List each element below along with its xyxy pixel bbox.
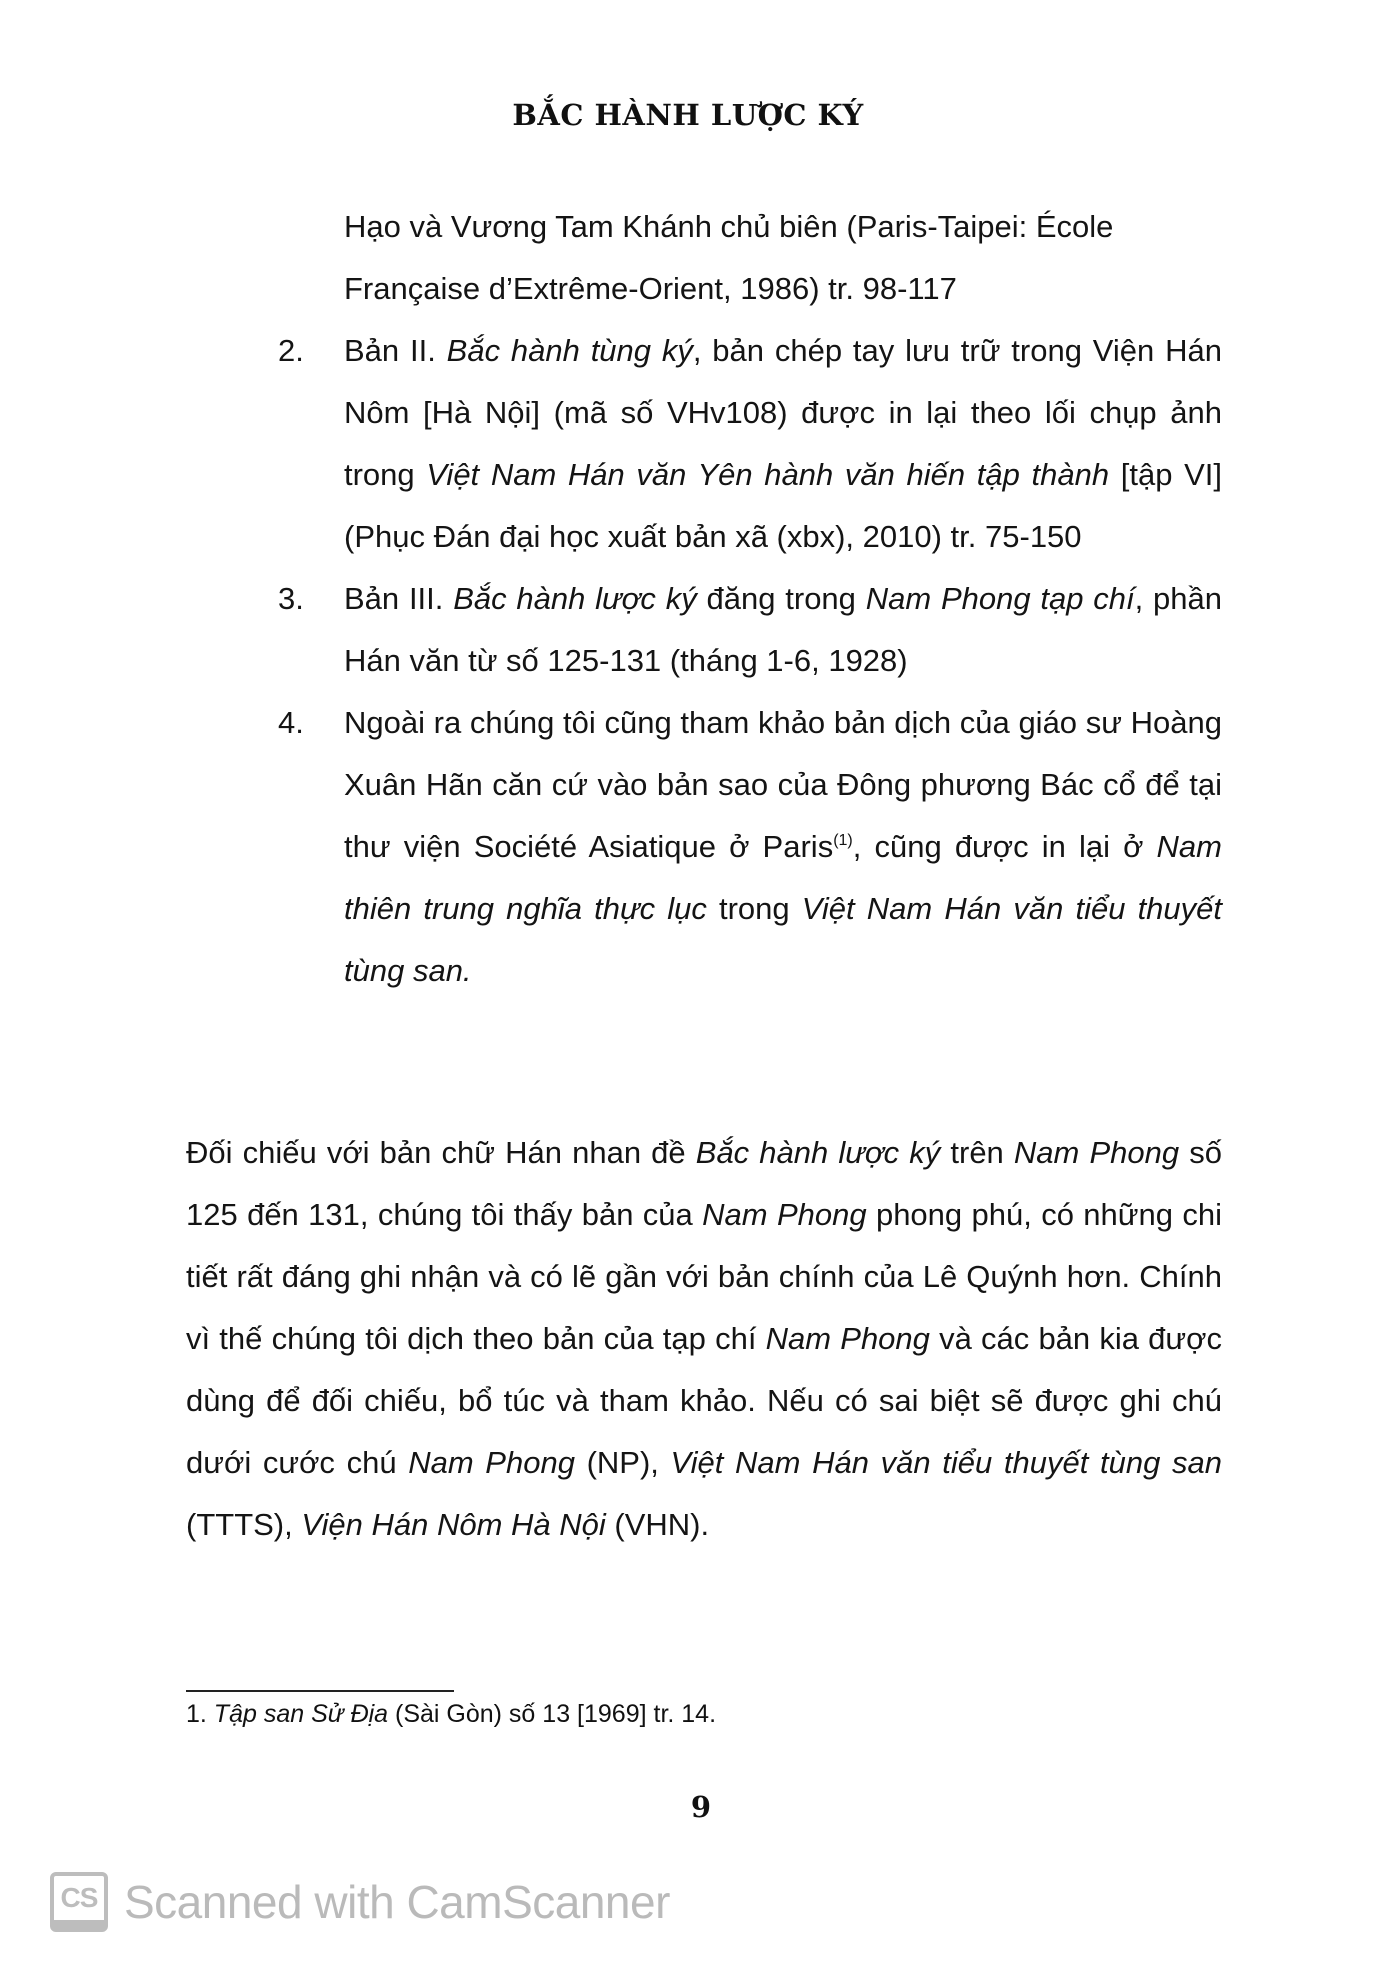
- list-number: 3.: [278, 568, 304, 630]
- list-item-text: Bản III. Bắc hành lược ký đăng trong Nam…: [344, 581, 1222, 678]
- camscanner-logo-icon: CS: [50, 1872, 108, 1932]
- list-continuation: Hạo và Vương Tam Khánh chủ biên (Paris-T…: [272, 196, 1222, 320]
- list-number: 2.: [278, 320, 304, 382]
- page-number: 9: [0, 1790, 1376, 1824]
- list-item: 4. Ngoài ra chúng tôi cũng tham khảo bản…: [272, 692, 1222, 1002]
- list-number: 4.: [278, 692, 304, 754]
- running-head-title: BẮC HÀNH LƯỢC KÝ: [0, 98, 1376, 132]
- body-paragraph: Đối chiếu với bản chữ Hán nhan đề Bắc hà…: [186, 1122, 1222, 1556]
- list-item: 3. Bản III. Bắc hành lược ký đăng trong …: [272, 568, 1222, 692]
- footnote: 1. Tập san Sử Địa (Sài Gòn) số 13 [1969]…: [186, 1700, 716, 1729]
- footnote-divider: [186, 1690, 454, 1692]
- watermark-text: Scanned with CamScanner: [124, 1875, 670, 1929]
- list-item-text: Bản II. Bắc hành tùng ký, bản chép tay l…: [344, 333, 1222, 554]
- list-item-text: Ngoài ra chúng tôi cũng tham khảo bản dị…: [344, 705, 1222, 988]
- source-list: Hạo và Vương Tam Khánh chủ biên (Paris-T…: [272, 196, 1222, 1002]
- camscanner-watermark: CS Scanned with CamScanner: [50, 1872, 670, 1932]
- list-item: 2. Bản II. Bắc hành tùng ký, bản chép ta…: [272, 320, 1222, 568]
